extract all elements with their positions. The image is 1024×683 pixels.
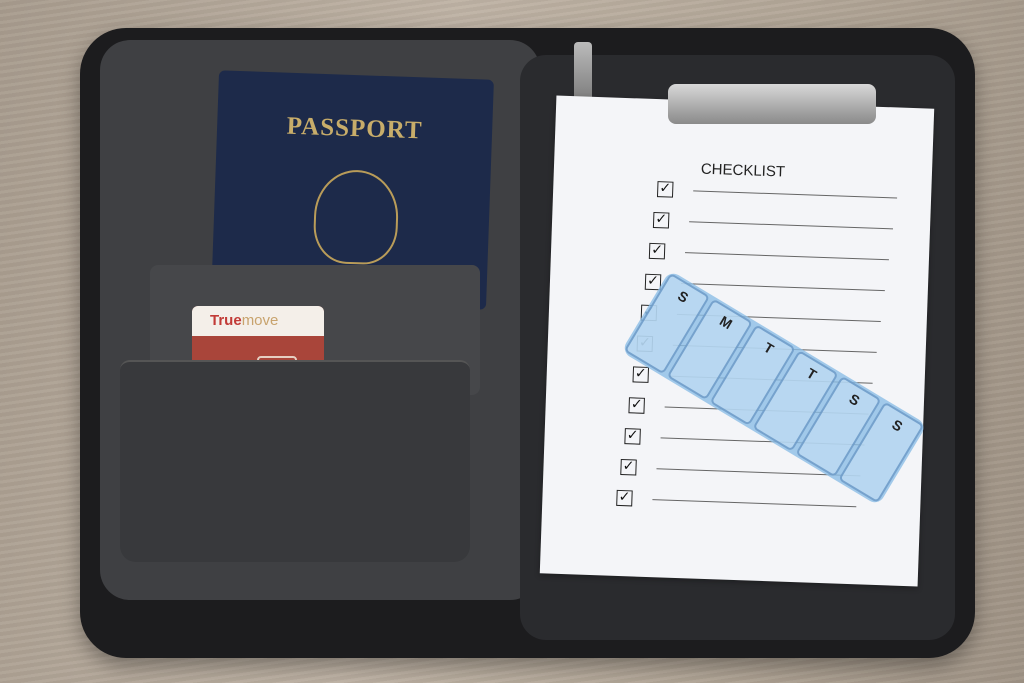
checklist-title: CHECKLIST bbox=[554, 156, 932, 186]
lower-pocket bbox=[120, 360, 470, 562]
checkbox-checked-icon: ✓ bbox=[616, 490, 633, 507]
checklist-item: ✓ bbox=[657, 181, 897, 205]
checkbox-checked-icon: ✓ bbox=[624, 428, 641, 445]
passport-title: PASSPORT bbox=[217, 110, 493, 148]
clipboard-clip bbox=[668, 84, 876, 124]
checkbox-checked-icon: ✓ bbox=[649, 243, 666, 260]
checkbox-checked-icon: ✓ bbox=[628, 397, 645, 414]
checklist-item: ✓ bbox=[649, 243, 889, 267]
checkbox-checked-icon: ✓ bbox=[653, 212, 670, 229]
sim-brand: Truemove bbox=[210, 312, 278, 329]
checkbox-checked-icon: ✓ bbox=[620, 459, 637, 476]
checkbox-checked-icon: ✓ bbox=[632, 366, 649, 383]
eagle-seal-icon bbox=[312, 169, 399, 266]
checklist-item: ✓ bbox=[653, 212, 893, 236]
checkbox-checked-icon: ✓ bbox=[657, 181, 674, 198]
checklist-item: ✓ bbox=[616, 490, 856, 514]
